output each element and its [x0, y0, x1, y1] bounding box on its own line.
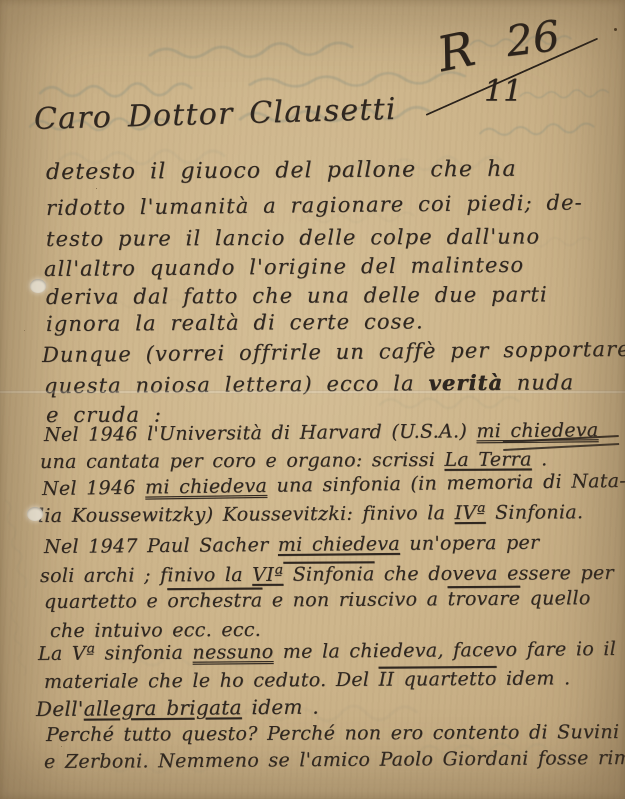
text-segment: mi chiedeva	[278, 533, 400, 556]
letter-line: Nel 1947 Paul Sacher mi chiedeva un'oper…	[44, 532, 540, 558]
letter-line: una cantata per coro e organo: scrissi L…	[40, 448, 548, 473]
text-segment: Nel 1946 l'Università di Harvard (U.S.A.…	[44, 420, 477, 446]
text-segment: ignora la realtà di certe cose.	[46, 309, 424, 336]
page-number-mark: R 26 11	[420, 18, 620, 133]
letter-line: soli archi ; finivo la VIª Sinfonia che …	[40, 562, 614, 587]
text-segment: e non riuscivo a	[262, 588, 447, 611]
letter-line: testo pure il lancio delle colpe dall'un…	[46, 224, 540, 251]
text-segment: idem .	[497, 667, 571, 690]
letter-line: deriva dal fatto che una delle due parti	[46, 282, 548, 309]
text-segment: orchestra	[167, 589, 262, 612]
text-segment: un'opera per	[400, 532, 540, 555]
letter-line: materiale che le ho ceduto. Del II quart…	[44, 667, 571, 693]
text-segment: lia Koussewitzky) Koussevitzki: finivo l…	[38, 502, 455, 527]
text-segment: materiale che le ho ceduto. Del	[44, 669, 379, 693]
text-segment: Sinfonia.	[486, 501, 584, 524]
letter-line: all'altro quando l'origine del malinteso	[44, 253, 524, 281]
text-segment: all'altro quando l'origine del malinteso	[44, 253, 524, 281]
text-segment: quartetto e	[44, 590, 167, 613]
letter-line: lia Koussewitzky) Koussevitzki: finivo l…	[38, 501, 583, 527]
paper-speckles	[614, 28, 617, 31]
punch-hole	[30, 279, 46, 293]
text-segment: deriva dal fatto che una delle due parti	[46, 282, 548, 309]
text-segment: ridotto l'umanità a ragionare coi piedi;…	[46, 190, 583, 220]
page-mark-prefix: R	[433, 21, 480, 83]
text-segment: .	[532, 448, 548, 470]
letter-line: La Vª sinfonia nessuno me la chiedeva, f…	[38, 638, 616, 665]
fold-crease	[0, 390, 625, 394]
letter-line: quartetto e orchestra e non riuscivo a t…	[44, 587, 591, 613]
text-segment: idem .	[242, 695, 319, 720]
text-segment: Sinfonia	[283, 563, 374, 585]
text-segment: VIª	[252, 564, 283, 586]
letter-line: ignora la realtà di certe cose.	[46, 309, 424, 336]
text-segment: Dunque (vorrei offrirle un caffè per sop…	[42, 337, 625, 367]
text-segment: Nel 1946	[42, 477, 145, 500]
letter-line: Dell'allegra brigata idem .	[36, 695, 319, 721]
page-mark-denominator: 11	[484, 74, 522, 109]
letter-line: Dunque (vorrei offrirle un caffè per sop…	[42, 337, 625, 367]
text-segment: II quartetto	[379, 668, 497, 691]
letter-line: che intuivo ecc. ecc.	[50, 619, 261, 642]
text-segment: una cantata per coro e organo: scrissi	[40, 449, 445, 473]
text-segment: che doveva essere per	[375, 562, 614, 585]
text-segment: Nel 1947 Paul Sacher	[44, 534, 278, 558]
text-segment: trovare	[448, 588, 521, 611]
letter-greeting: Caro Dottor Clausetti	[34, 92, 398, 137]
text-segment: La Terra	[444, 448, 531, 470]
text-segment: testo pure il lancio delle colpe dall'un…	[46, 224, 540, 251]
text-segment: allegra brigata	[84, 695, 242, 720]
text-segment: quello	[520, 587, 591, 609]
text-segment: mi chiedeva	[145, 475, 267, 499]
punch-hole	[27, 507, 43, 521]
text-segment: me la chiedeva, facevo fare io il	[273, 638, 616, 663]
text-segment: Dell'	[36, 697, 84, 721]
text-segment: IVª	[455, 502, 486, 524]
letter-line: Nel 1946 mi chiedeva una sinfonia (in me…	[42, 470, 625, 500]
letter-line: e Zerboni. Nemmeno se l'amico Paolo Gior…	[44, 747, 625, 773]
text-segment: una sinfonia (in memoria di Nata-	[267, 470, 625, 497]
text-segment: e Zerboni. Nemmeno se l'amico Paolo Gior…	[44, 747, 625, 773]
text-segment: La Vª sinfonia	[38, 642, 193, 665]
letter-line: Perché tutto questo? Perché non ero cont…	[46, 721, 619, 746]
text-segment: Perché tutto questo? Perché non ero cont…	[46, 721, 619, 746]
letter-page: R 26 11 Caro Dottor Clausetti detesto il…	[0, 0, 625, 799]
letter-line: ridotto l'umanità a ragionare coi piedi;…	[46, 190, 583, 220]
letter-line: detesto il giuoco del pallone che ha	[46, 157, 517, 185]
text-segment: che intuivo ecc. ecc.	[50, 619, 261, 642]
text-segment: nessuno	[192, 641, 273, 664]
text-segment: soli archi ; finivo la	[40, 564, 252, 587]
text-segment: detesto il giuoco del pallone che ha	[46, 157, 517, 185]
